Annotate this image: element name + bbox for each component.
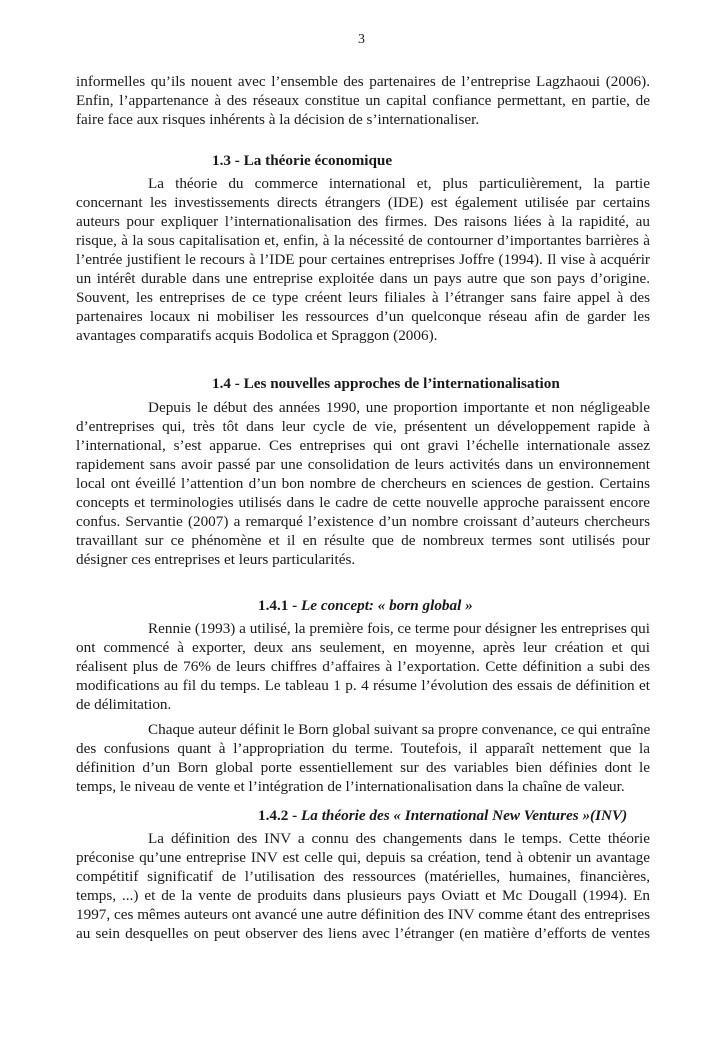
- text-line: concernant les investissements directs é…: [76, 193, 650, 212]
- section-heading-1-4-2: 1.4.2 - La théorie des « International N…: [258, 807, 627, 825]
- section-number: 1.3 -: [212, 152, 244, 169]
- text-line: travaillant sur ce phénomène et il en ré…: [76, 531, 650, 550]
- text-line: informelles qu’ils nouent avec l’ensembl…: [76, 72, 650, 91]
- text-line: Souvent, les entreprises de ce type crée…: [76, 288, 650, 307]
- section-number: 1.4 -: [212, 375, 244, 392]
- text-line: désigner ces entreprises et leurs partic…: [76, 550, 650, 569]
- text-line: faire face aux risques inhérents à la dé…: [76, 110, 650, 129]
- section-heading-1-3: 1.3 - La théorie économique: [212, 152, 392, 170]
- text-line: Rennie (1993) a utilisé, la première foi…: [148, 619, 650, 638]
- text-line: d’entreprises qui, très tôt dans leur cy…: [76, 417, 650, 436]
- text-line: temps, ...) et de la vente de produits d…: [76, 886, 650, 905]
- section-heading-1-4: 1.4 - Les nouvelles approches de l’inter…: [212, 375, 560, 393]
- page-number: 3: [0, 32, 723, 48]
- text-line: Chaque auteur définit le Born global sui…: [148, 720, 650, 739]
- section-title: La théorie économique: [244, 152, 392, 169]
- text-line: des confusions quant à l’appropriation d…: [76, 739, 650, 758]
- text-line: au sein desquelles on peut observer des …: [76, 924, 650, 943]
- text-line: l’entrée justifient le recours à l’IDE p…: [76, 250, 650, 269]
- text-line: un intérêt durable dans une entreprise e…: [76, 269, 650, 288]
- text-line: l’international, s’est apparue. Ces entr…: [76, 436, 650, 455]
- text-line: rapidement sans avoir passé par une cons…: [76, 455, 650, 474]
- text-line: temps, le niveau de vente et l’intégrati…: [76, 777, 650, 796]
- section-number: 1.4.1 -: [258, 597, 301, 614]
- section-title: Les nouvelles approches de l’internation…: [244, 375, 560, 392]
- text-line: confus. Servantie (2007) a remarqué l’ex…: [76, 512, 650, 531]
- text-line: local ont éveillé l’attention d’un bon n…: [76, 474, 650, 493]
- text-line: Enfin, l’appartenance à des réseaux cons…: [76, 91, 650, 110]
- section-number: 1.4.2 -: [258, 807, 301, 824]
- section-heading-1-4-1: 1.4.1 - Le concept: « born global »: [258, 597, 473, 615]
- text-line: risque, à la sous capitalisation et, enf…: [76, 231, 650, 250]
- text-line: concepts et terminologies utilisés dans …: [76, 493, 650, 512]
- text-line: modifications au fil du temps. Le tablea…: [76, 676, 650, 695]
- text-line: de délimitation.: [76, 695, 650, 714]
- section-title: La théorie des « International New Ventu…: [301, 807, 627, 824]
- text-line: réalisent plus de 76% de leurs chiffres …: [76, 657, 650, 676]
- text-line: La théorie du commerce international et,…: [148, 174, 650, 193]
- text-line: compétitif significatif de l’utilisation…: [76, 867, 650, 886]
- section-title: Le concept: « born global »: [301, 597, 473, 614]
- text-line: La définition des INV a connu des change…: [148, 829, 650, 848]
- text-line: partenaires locaux ni mobiliser les ress…: [76, 307, 650, 326]
- text-line: Depuis le début des années 1990, une pro…: [148, 398, 650, 417]
- text-line: préconise qu’une entreprise INV est cell…: [76, 848, 650, 867]
- text-line: 1997, ces mêmes auteurs ont avancé une a…: [76, 905, 650, 924]
- text-line: avantages comparatifs acquis Bodolica et…: [76, 326, 650, 345]
- text-line: ont commencé à exporter, deux ans seulem…: [76, 638, 650, 657]
- text-line: auteurs pour expliquer l’internationalis…: [76, 212, 650, 231]
- text-line: définition d’un Born global porte essent…: [76, 758, 650, 777]
